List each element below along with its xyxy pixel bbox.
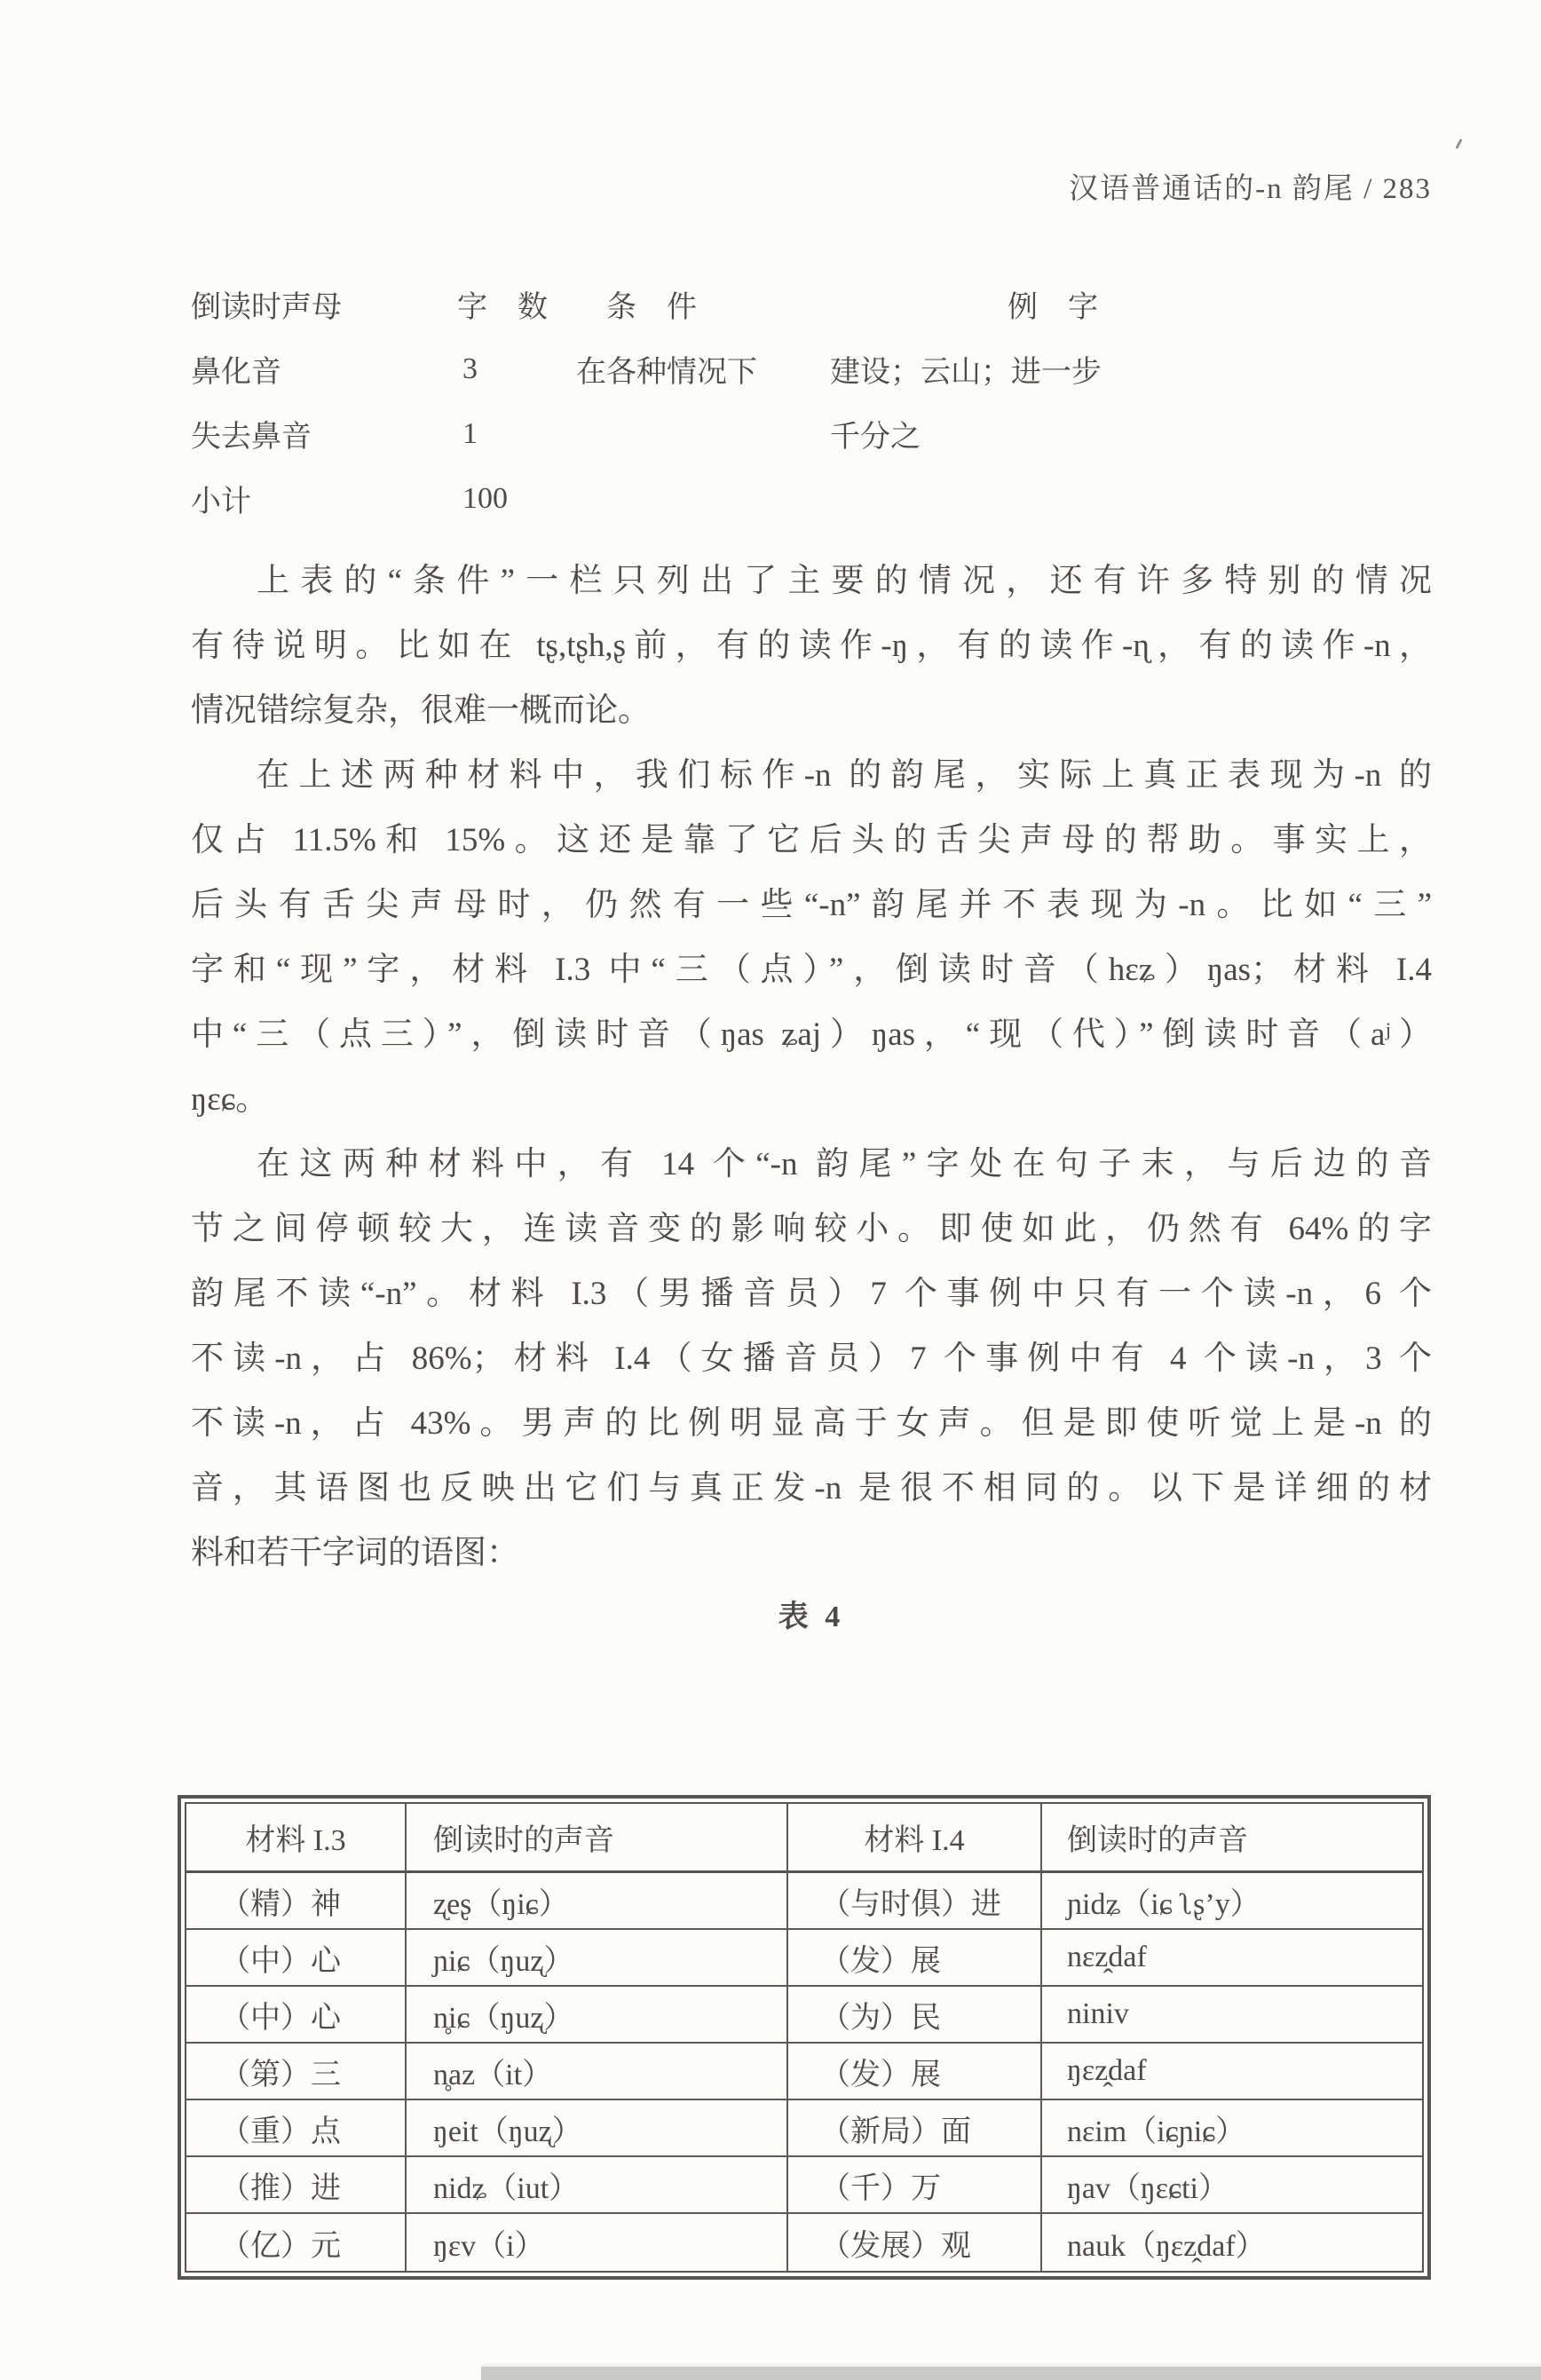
body-line: 音，其语图也反映出它们与真正发-n 是很不相同的。以下是详细的材 <box>191 1456 1432 1521</box>
body-line: 情况错综复杂，很难一概而论。 <box>191 678 1432 743</box>
summary-cell: 100 <box>457 466 576 531</box>
table4-ipa-cell: ɲidʑ（iɕ ʅʂ’y） <box>1042 1873 1422 1930</box>
table4-grid: 材料 I.3倒读时的声音材料 I.4倒读时的声音（精）神ʐeʂ（ŋiɕ）（与时俱… <box>185 1802 1424 2273</box>
table4-word-cell: （精）神 <box>186 1873 407 1930</box>
table4-word-cell: （中）心 <box>186 1987 407 2044</box>
table4-ipa-cell: nidʑ（iut） <box>407 2157 788 2214</box>
summary-cell: 建设；云山；进一步 <box>830 336 1432 401</box>
table4-header-cell: 倒读时的声音 <box>1042 1804 1422 1873</box>
summary-header-cell: 例 字 <box>830 272 1432 336</box>
scanned-page: 汉语普通话的-n 韵尾 / 283 倒读时声母字 数条 件例 字鼻化音3在各种情… <box>0 0 1541 2380</box>
summary-header-cell: 字 数 <box>457 272 576 336</box>
table4-ipa-cell: ŋav（ŋɛɕti） <box>1042 2157 1422 2214</box>
table4-word-cell: （为）民 <box>788 1987 1042 2044</box>
scanner-edge-artifact <box>481 2367 1541 2380</box>
body-line: 中“三（点三）”，倒读时音（ŋas ʑaj）ŋas，“现（代）”倒读时音（aʲ） <box>191 1002 1432 1067</box>
table4-word-cell: （第）三 <box>186 2044 407 2100</box>
body-line: 上表的“条件”一栏只列出了主要的情况，还有许多特别的情况 <box>191 549 1432 613</box>
table4-word-cell: （重）点 <box>186 2100 407 2157</box>
table4-word-cell: （新局）面 <box>788 2100 1042 2157</box>
body-line: 仅占 11.5%和 15%。这还是靠了它后头的舌尖声母的帮助。事实上， <box>191 808 1432 873</box>
table4-word-cell: （发）展 <box>788 1930 1042 1987</box>
summary-cell: 鼻化音 <box>191 336 457 401</box>
table4-header-cell: 倒读时的声音 <box>407 1804 788 1873</box>
summary-cell: 失去鼻音 <box>191 401 457 466</box>
summary-cell <box>576 401 830 466</box>
table4-word-cell: （千）万 <box>788 2157 1042 2214</box>
body-line: 节之间停顿较大，连读音变的影响较小。即使如此，仍然有 64%的字 <box>191 1197 1432 1261</box>
table4-ipa-cell: nɛim（iɕɲiɕ） <box>1042 2100 1422 2157</box>
table4-ipa-cell: ŋɛv（i） <box>407 2214 788 2271</box>
body-line: 不读-n，占 43%。男声的比例明显高于女声。但是即使听觉上是-n 的 <box>191 1391 1432 1456</box>
summary-header-cell: 条 件 <box>576 272 830 336</box>
table4-word-cell: （亿）元 <box>186 2214 407 2271</box>
body-line: ŋɛɕ。 <box>191 1067 1432 1132</box>
table4-word-cell: （推）进 <box>186 2157 407 2214</box>
table4-ipa-cell: nauk（ŋɛz̭daf） <box>1042 2214 1422 2271</box>
table4-header-cell: 材料 I.4 <box>788 1804 1042 1873</box>
body-line: 韵尾不读“-n”。材料 I.3（男播音员）7 个事例中只有一个读-n，6 个 <box>191 1261 1432 1326</box>
table4-word-cell: （发）展 <box>788 2044 1042 2100</box>
summary-cell <box>576 466 830 531</box>
body-line: 字和“现”字，材料 I.3 中“三（点）”，倒读时音（hɛʑ）ŋas；材料 I.… <box>191 937 1432 1002</box>
summary-cell: 小计 <box>191 466 457 531</box>
body-line: 料和若干字词的语图： <box>191 1521 1432 1585</box>
table4-ipa-cell: niniv <box>1042 1987 1422 2044</box>
table4-header-cell: 材料 I.3 <box>186 1804 407 1873</box>
scan-speck <box>1455 138 1462 149</box>
table4-word-cell: （发展）观 <box>788 2214 1042 2271</box>
body-line: 有待说明。比如在 tʂ,tʂh,ʂ前，有的读作-ŋ，有的读作-ɳ，有的读作-n， <box>191 613 1432 678</box>
table4-ipa-cell: ŋeit（ŋuʐ） <box>407 2100 788 2157</box>
table4-ipa-cell: n̥az（it） <box>407 2044 788 2100</box>
body-line: 在上述两种材料中，我们标作-n 的韵尾，实际上真正表现为-n 的 <box>191 743 1432 808</box>
table4-word-cell: （中）心 <box>186 1930 407 1987</box>
table4-ipa-cell: ʐeʂ（ŋiɕ） <box>407 1873 788 1930</box>
body-line: 后头有舌尖声母时，仍然有一些“-n”韵尾并不表现为-n。比如“三” <box>191 873 1432 937</box>
table4-ipa-cell: ŋɛz̭daf <box>1042 2044 1422 2100</box>
table4-word-cell: （与时俱）进 <box>788 1873 1042 1930</box>
table4-ipa-cell: ɲiɕ（ŋuʐ） <box>407 1930 788 1987</box>
summary-cell: 3 <box>457 336 576 401</box>
table4-ipa-cell: n̥iɕ（ŋuʐ） <box>407 1987 788 2044</box>
summary-cell: 1 <box>457 401 576 466</box>
summary-cell <box>830 466 1432 531</box>
summary-header-cell: 倒读时声母 <box>191 272 457 336</box>
summary-table: 倒读时声母字 数条 件例 字鼻化音3在各种情况下建设；云山；进一步失去鼻音1千分… <box>191 272 1432 531</box>
body-line: 在这两种材料中，有 14 个“-n 韵尾”字处在句子末，与后边的音 <box>191 1132 1432 1197</box>
table4-ipa-cell: nɛz̭daf <box>1042 1930 1422 1987</box>
table4-caption: 表 4 <box>191 1592 1432 1635</box>
summary-cell: 千分之 <box>830 401 1432 466</box>
table4: 材料 I.3倒读时的声音材料 I.4倒读时的声音（精）神ʐeʂ（ŋiɕ）（与时俱… <box>178 1795 1431 2280</box>
body-line: 不读-n，占 86%；材料 I.4（女播音员）7 个事例中有 4 个读-n，3 … <box>191 1326 1432 1391</box>
summary-cell: 在各种情况下 <box>576 336 830 401</box>
body-text: 上表的“条件”一栏只列出了主要的情况，还有许多特别的情况有待说明。比如在 tʂ,… <box>191 549 1432 1585</box>
running-head: 汉语普通话的-n 韵尾 / 283 <box>191 165 1432 207</box>
